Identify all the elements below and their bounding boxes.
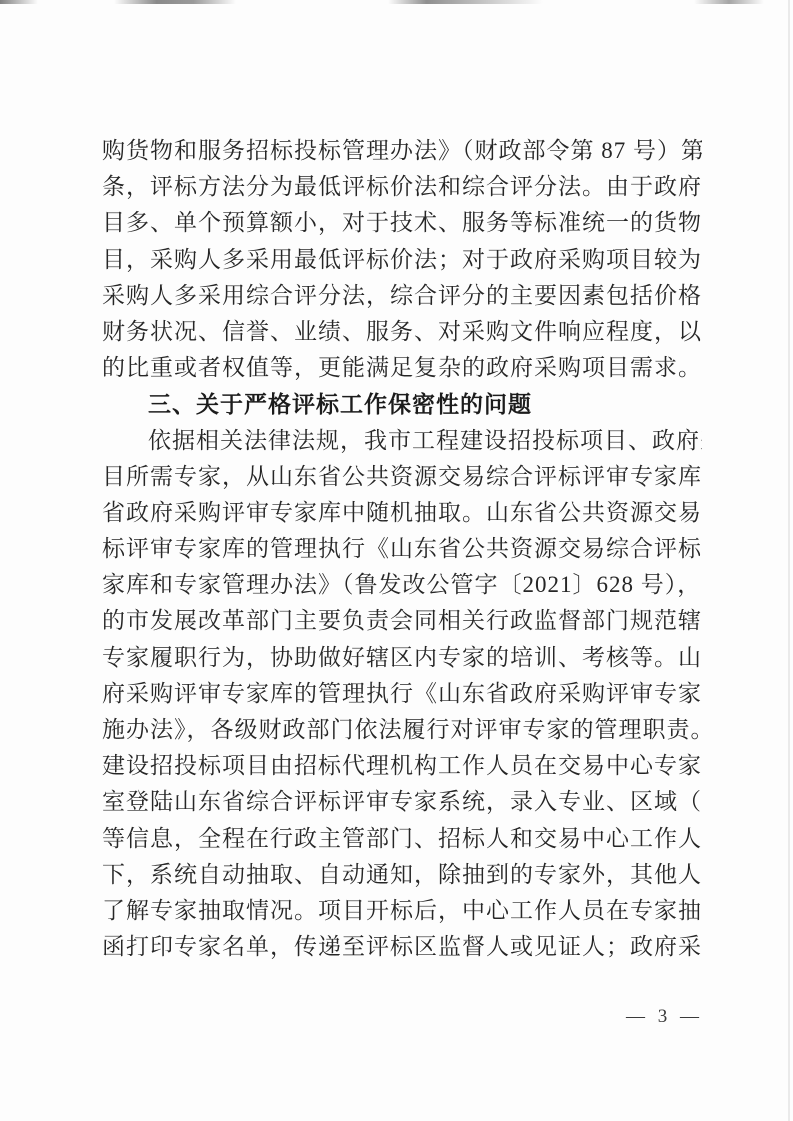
text-line: 目，采购人多采用最低评标价法；对于政府采购项目较为复杂的， xyxy=(102,242,702,278)
text-line: 标评审专家库的管理执行《山东省公共资源交易综合评标评审专 xyxy=(102,531,702,567)
text-line: 府采购评审专家库的管理执行《山东省政府采购评审专家管理实 xyxy=(102,676,702,712)
text-line: 下，系统自动抽取、自动通知，除抽到的专家外，其他人员都不 xyxy=(102,857,702,893)
text-line: 的比重或者权值等，更能满足复杂的政府采购项目需求。 xyxy=(102,350,702,386)
text-line: 等信息，全程在行政主管部门、招标人和交易中心工作人员见证 xyxy=(102,821,702,857)
text-line: 专家履职行为，协助做好辖区内专家的培训、考核等。山东省政 xyxy=(102,640,702,676)
scan-artifact-top-edge xyxy=(694,0,764,4)
text-line: 建设招投标项目由招标代理机构工作人员在交易中心专家抽取 xyxy=(102,748,702,784)
text-line: 目多、单个预算额小，对于技术、服务等标准统一的货物服务项 xyxy=(102,205,702,241)
text-line: 目所需专家，从山东省公共资源交易综合评标评审专家库、山东 xyxy=(102,459,702,495)
section-heading: 三、关于严格评标工作保密性的问题 xyxy=(102,386,702,422)
text-line: 条，评标方法分为最低评标价法和综合评分法。由于政府采购项 xyxy=(102,169,702,205)
scan-artifact-top-edge xyxy=(114,0,236,4)
text-line: 购货物和服务招标投标管理办法》（财政部令第 87 号）第五十三 xyxy=(102,133,702,169)
document-body: 购货物和服务招标投标管理办法》（财政部令第 87 号）第五十三 条，评标方法分为… xyxy=(102,133,702,965)
scan-artifact-top-edge xyxy=(388,0,543,4)
page-number: — 3 — xyxy=(626,1004,703,1030)
text-line: 了解专家抽取情况。项目开标后，中心工作人员在专家抽取室密 xyxy=(102,893,702,929)
text-line: 省政府采购评审专家库中随机抽取。山东省公共资源交易综合评 xyxy=(102,495,702,531)
text-line: 的市发展改革部门主要负责会同相关行政监督部门规范辖区内 xyxy=(102,603,702,639)
text-line: 财务状况、信誉、业绩、服务、对采购文件响应程度，以及相应 xyxy=(102,314,702,350)
text-line: 依据相关法律法规，我市工程建设招投标项目、政府采购项 xyxy=(102,423,702,459)
document-page: 购货物和服务招标投标管理办法》（财政部令第 87 号）第五十三 条，评标方法分为… xyxy=(0,0,793,1121)
text-line: 采购人多采用综合评分法，综合评分的主要因素包括价格、技术、 xyxy=(102,278,702,314)
text-line: 施办法》，各级财政部门依法履行对评审专家的管理职责。工程 xyxy=(102,712,702,748)
text-line: 家库和专家管理办法》（鲁发改公管字〔2021〕628 号），各设区 xyxy=(102,567,702,603)
text-line: 室登陆山东省综合评标评审专家系统，录入专业、区域（区县） xyxy=(102,784,702,820)
scan-artifact-top-edge xyxy=(0,0,38,4)
text-line: 函打印专家名单，传递至评标区监督人或见证人；政府采购项目 xyxy=(102,929,702,965)
scan-artifact-right-edge xyxy=(788,0,790,1121)
